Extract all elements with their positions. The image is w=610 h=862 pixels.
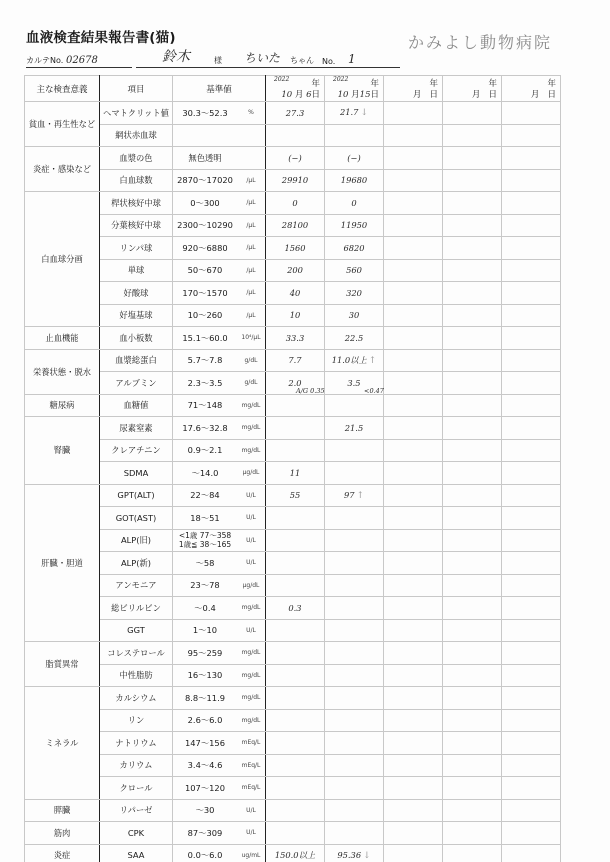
value-cell-date-1	[266, 574, 325, 597]
table-row: 白血球分画桿状核好中球0〜300/μL00	[25, 192, 561, 215]
value-cell-date-5	[502, 687, 561, 710]
item-cell: クレアチニン	[100, 439, 173, 462]
reference-cell: 0.0〜6.0	[173, 844, 238, 862]
item-cell: CPK	[100, 822, 173, 845]
unit-cell: mEq/L	[237, 732, 266, 755]
value-cell-date-3	[384, 214, 443, 237]
reference-cell: 2870〜17020	[173, 169, 238, 192]
value-cell-date-3	[384, 619, 443, 642]
value-cell-date-2: 11950	[325, 214, 384, 237]
table-row: 網状赤血球	[25, 124, 561, 147]
chart-label: カルテNo.	[26, 55, 63, 66]
table-row: 腎臓尿素窒素17.6〜32.8mg/dL21.5	[25, 417, 561, 440]
value-cell-date-2	[325, 124, 384, 147]
reference-cell	[173, 124, 238, 147]
value-cell-date-3	[384, 349, 443, 372]
value-cell-date-1: 200	[266, 259, 325, 282]
underline	[26, 67, 132, 68]
value-cell-date-3	[384, 709, 443, 732]
value-cell-date-1: 0	[266, 192, 325, 215]
reference-cell: 15.1〜60.0	[173, 327, 238, 350]
reference-cell: 0.9〜2.1	[173, 439, 238, 462]
category-cell: 脂質異常	[25, 642, 100, 687]
owner-name: 鈴木	[162, 46, 190, 66]
value-cell-date-5	[502, 372, 561, 395]
value-cell-date-3	[384, 529, 443, 552]
unit-cell: mEq/L	[237, 777, 266, 800]
value-cell-date-2	[325, 507, 384, 530]
reference-cell: 71〜148	[173, 394, 238, 417]
item-cell: 好酸球	[100, 282, 173, 305]
value-cell-date-1: 7.7	[266, 349, 325, 372]
table-row: 膵臓リパーゼ〜30U/L	[25, 799, 561, 822]
value-cell-date-3	[384, 169, 443, 192]
category-cell: 白血球分画	[25, 192, 100, 327]
value-cell-date-5	[502, 102, 561, 125]
value-cell-date-4	[443, 394, 502, 417]
reference-cell: 1〜10	[173, 619, 238, 642]
table-row: 単球50〜670/μL200560	[25, 259, 561, 282]
header-reference: 基準値	[173, 76, 266, 102]
value-cell-date-1	[266, 619, 325, 642]
category-cell: 糖尿病	[25, 394, 100, 417]
reference-cell: 〜58	[173, 552, 238, 575]
item-cell: SAA	[100, 844, 173, 862]
value-cell-date-1: 33.3	[266, 327, 325, 350]
table-row: 糖尿病血糖値71〜148mg/dL	[25, 394, 561, 417]
arrow-down-icon: ↓	[360, 108, 368, 118]
item-cell: コレステロール	[100, 642, 173, 665]
table-row: クロール107〜120mEq/L	[25, 777, 561, 800]
value-cell-date-4	[443, 214, 502, 237]
value-cell-date-5	[502, 169, 561, 192]
value-cell-date-5	[502, 777, 561, 800]
value-cell-date-5	[502, 597, 561, 620]
unit-cell: mg/dL	[237, 417, 266, 440]
value-cell-date-5	[502, 642, 561, 665]
value-cell-date-1	[266, 822, 325, 845]
reference-cell: 無色透明	[173, 147, 238, 170]
value-cell-date-2	[325, 777, 384, 800]
unit-cell: 10⁴/μL	[237, 327, 266, 350]
unit-cell: mg/dL	[237, 709, 266, 732]
value-cell-date-3	[384, 642, 443, 665]
value-cell-date-4	[443, 574, 502, 597]
table-row: ALP(旧)<1歳 77〜3581歳≦ 38〜165U/L	[25, 529, 561, 552]
blood-test-table: 主な検査意義 項目 基準値 2022年10 月 6日 2022年10 月15日 …	[24, 75, 561, 862]
value-cell-date-4	[443, 304, 502, 327]
reference-cell: <1歳 77〜3581歳≦ 38〜165	[173, 529, 238, 552]
value-cell-date-4	[443, 844, 502, 862]
value-cell-date-5	[502, 147, 561, 170]
category-cell: 貧血・再生性など	[25, 102, 100, 147]
no-value: 1	[348, 52, 356, 66]
value-cell-date-2	[325, 394, 384, 417]
unit-cell: /μL	[237, 169, 266, 192]
value-cell-date-5	[502, 192, 561, 215]
item-cell: 桿状核好中球	[100, 192, 173, 215]
unit-cell: U/L	[237, 822, 266, 845]
value-cell-date-5	[502, 349, 561, 372]
unit-cell: mg/dL	[237, 597, 266, 620]
value-cell-date-3	[384, 507, 443, 530]
table-row: 好塩基球10〜260/μL1030	[25, 304, 561, 327]
value-cell-date-3	[384, 484, 443, 507]
unit-cell: mg/dL	[237, 394, 266, 417]
date-column-1: 2022年10 月 6日	[266, 76, 325, 102]
reference-cell: 〜14.0	[173, 462, 238, 485]
value-cell-date-2: 30	[325, 304, 384, 327]
value-cell-date-2	[325, 754, 384, 777]
reference-cell: 5.7〜7.8	[173, 349, 238, 372]
value-cell-date-1: 55	[266, 484, 325, 507]
value-cell-date-4	[443, 462, 502, 485]
value-cell-date-3	[384, 439, 443, 462]
value-cell-date-4	[443, 619, 502, 642]
value-cell-date-1	[266, 732, 325, 755]
value-cell-date-1: 150.0以上	[266, 844, 325, 862]
table-row: アンモニア23〜78μg/dL	[25, 574, 561, 597]
value-cell-date-5	[502, 237, 561, 260]
value-cell-date-3	[384, 822, 443, 845]
value-cell-date-2: 22.5	[325, 327, 384, 350]
table-row: 貧血・再生性などヘマトクリット値30.3〜52.3%27.321.7↓	[25, 102, 561, 125]
value-cell-date-1: 0.3	[266, 597, 325, 620]
table-row: 分葉核好中球2300〜10290/μL2810011950	[25, 214, 561, 237]
value-cell-date-1	[266, 552, 325, 575]
unit-cell	[237, 124, 266, 147]
reference-cell: 3.4〜4.6	[173, 754, 238, 777]
value-cell-date-1: 40	[266, 282, 325, 305]
value-cell-date-2: 320	[325, 282, 384, 305]
reference-cell: 10〜260	[173, 304, 238, 327]
owner-suffix: 様	[214, 55, 222, 66]
value-cell-date-3	[384, 799, 443, 822]
table-row: 炎症SAA0.0〜6.0ug/mL150.0以上95.36↓	[25, 844, 561, 862]
unit-cell: U/L	[237, 529, 266, 552]
category-cell: ミネラル	[25, 687, 100, 800]
value-cell-date-2	[325, 574, 384, 597]
reference-cell: 8.8〜11.9	[173, 687, 238, 710]
header-row: 主な検査意義 項目 基準値 2022年10 月 6日 2022年10 月15日 …	[25, 76, 561, 102]
value-cell-date-5	[502, 327, 561, 350]
value-cell-date-2: 19680	[325, 169, 384, 192]
value-cell-date-3	[384, 754, 443, 777]
value-cell-date-5	[502, 664, 561, 687]
value-cell-date-1	[266, 687, 325, 710]
item-cell: SDMA	[100, 462, 173, 485]
value-cell-date-5	[502, 507, 561, 530]
value-cell-date-5	[502, 619, 561, 642]
unit-cell: mg/dL	[237, 642, 266, 665]
reference-cell: 23〜78	[173, 574, 238, 597]
item-cell: ヘマトクリット値	[100, 102, 173, 125]
date-column-4: 年月 日	[443, 76, 502, 102]
value-cell-date-2	[325, 619, 384, 642]
item-cell: 好塩基球	[100, 304, 173, 327]
value-cell-date-4	[443, 529, 502, 552]
category-cell: 肝臓・胆道	[25, 484, 100, 642]
value-cell-date-1	[266, 777, 325, 800]
value-cell-date-5	[502, 214, 561, 237]
value-cell-date-1: 10	[266, 304, 325, 327]
document-title: 血液検査結果報告書(猫)	[26, 26, 176, 46]
unit-cell: U/L	[237, 799, 266, 822]
item-cell: GPT(ALT)	[100, 484, 173, 507]
value-cell-date-2	[325, 709, 384, 732]
value-cell-date-1: 1560	[266, 237, 325, 260]
category-cell: 炎症・感染など	[25, 147, 100, 192]
no-label: No.	[322, 57, 335, 66]
value-cell-date-2	[325, 799, 384, 822]
reference-cell: 170〜1570	[173, 282, 238, 305]
unit-cell: mg/dL	[237, 687, 266, 710]
value-cell-date-4	[443, 237, 502, 260]
value-cell-date-5	[502, 417, 561, 440]
table-row: 好酸球170〜1570/μL40320	[25, 282, 561, 305]
value-cell-date-1: 11	[266, 462, 325, 485]
reference-cell: 30.3〜52.3	[173, 102, 238, 125]
arrow-up-icon: ↑	[357, 491, 365, 501]
value-cell-date-1	[266, 799, 325, 822]
reference-cell: 16〜130	[173, 664, 238, 687]
value-cell-date-2: 21.5	[325, 417, 384, 440]
item-cell: 分葉核好中球	[100, 214, 173, 237]
table-row: SDMA〜14.0μg/dL11	[25, 462, 561, 485]
item-cell: 白血球数	[100, 169, 173, 192]
arrow-down-icon: ↓	[363, 851, 371, 861]
table-row: 肝臓・胆道GPT(ALT)22〜84U/L5597↑	[25, 484, 561, 507]
value-cell-date-5	[502, 529, 561, 552]
value-cell-date-3	[384, 462, 443, 485]
value-cell-date-4	[443, 777, 502, 800]
value-cell-date-2	[325, 462, 384, 485]
value-cell-date-4	[443, 664, 502, 687]
table-row: カリウム3.4〜4.6mEq/L	[25, 754, 561, 777]
unit-cell: %	[237, 102, 266, 125]
item-cell: 血糖値	[100, 394, 173, 417]
value-cell-date-3	[384, 192, 443, 215]
item-cell: 血漿の色	[100, 147, 173, 170]
value-cell-date-5	[502, 844, 561, 862]
value-cell-date-4	[443, 484, 502, 507]
category-cell: 筋肉	[25, 822, 100, 845]
value-cell-date-4	[443, 642, 502, 665]
value-cell-date-2	[325, 552, 384, 575]
reference-cell: 87〜309	[173, 822, 238, 845]
item-cell: GOT(AST)	[100, 507, 173, 530]
value-cell-date-1: 27.3	[266, 102, 325, 125]
value-cell-date-4	[443, 507, 502, 530]
item-cell: クロール	[100, 777, 173, 800]
value-cell-date-4	[443, 282, 502, 305]
reference-cell: 22〜84	[173, 484, 238, 507]
value-cell-date-1	[266, 394, 325, 417]
item-cell: ナトリウム	[100, 732, 173, 755]
pet-name: ちいた	[244, 49, 280, 66]
value-cell-date-4	[443, 732, 502, 755]
unit-cell: g/dL	[237, 372, 266, 395]
value-cell-date-4	[443, 372, 502, 395]
value-cell-date-3	[384, 259, 443, 282]
header-item: 項目	[100, 76, 173, 102]
value-cell-date-5	[502, 754, 561, 777]
unit-cell: g/dL	[237, 349, 266, 372]
value-cell-date-3	[384, 574, 443, 597]
table-row: GOT(AST)18〜51U/L	[25, 507, 561, 530]
underline	[136, 67, 400, 68]
value-cell-date-5	[502, 282, 561, 305]
value-cell-date-2	[325, 687, 384, 710]
value-cell-date-3	[384, 282, 443, 305]
value-cell-date-5	[502, 574, 561, 597]
item-cell: カルシウム	[100, 687, 173, 710]
unit-cell: U/L	[237, 619, 266, 642]
value-cell-date-4	[443, 687, 502, 710]
ag-ratio-note-1: A/G 0.35	[296, 387, 325, 395]
item-cell: リンパ球	[100, 237, 173, 260]
item-cell: 尿素窒素	[100, 417, 173, 440]
value-cell-date-3	[384, 372, 443, 395]
table-row: ナトリウム147〜156mEq/L	[25, 732, 561, 755]
value-cell-date-2	[325, 529, 384, 552]
value-cell-date-2	[325, 822, 384, 845]
value-cell-date-2	[325, 439, 384, 462]
value-cell-date-2: (−)	[325, 147, 384, 170]
value-cell-date-3	[384, 687, 443, 710]
unit-cell: U/L	[237, 484, 266, 507]
unit-cell: /μL	[237, 259, 266, 282]
item-cell: リン	[100, 709, 173, 732]
value-cell-date-5	[502, 732, 561, 755]
unit-cell: /μL	[237, 214, 266, 237]
value-cell-date-2	[325, 732, 384, 755]
table-row: GGT1〜10U/L	[25, 619, 561, 642]
reference-cell: 107〜120	[173, 777, 238, 800]
value-cell-date-4	[443, 709, 502, 732]
table-row: 筋肉CPK87〜309U/L	[25, 822, 561, 845]
reference-cell: 〜0.4	[173, 597, 238, 620]
value-cell-date-2	[325, 597, 384, 620]
category-cell: 栄養状態・脱水	[25, 349, 100, 394]
reference-cell: 0〜300	[173, 192, 238, 215]
value-cell-date-4	[443, 327, 502, 350]
value-cell-date-5	[502, 799, 561, 822]
item-cell: 単球	[100, 259, 173, 282]
reference-cell: 18〜51	[173, 507, 238, 530]
table-row: アルブミン2.3〜3.5g/dL2.03.5	[25, 372, 561, 395]
value-cell-date-3	[384, 394, 443, 417]
unit-cell: mEq/L	[237, 754, 266, 777]
clinic-name: かみよし動物病院	[408, 30, 552, 53]
value-cell-date-4	[443, 102, 502, 125]
value-cell-date-4	[443, 754, 502, 777]
value-cell-date-2: 97↑	[325, 484, 384, 507]
category-cell: 膵臓	[25, 799, 100, 822]
value-cell-date-2: 0	[325, 192, 384, 215]
item-cell: 中性脂肪	[100, 664, 173, 687]
reference-cell: 17.6〜32.8	[173, 417, 238, 440]
value-cell-date-5	[502, 394, 561, 417]
item-cell: アンモニア	[100, 574, 173, 597]
unit-cell: U/L	[237, 507, 266, 530]
value-cell-date-4	[443, 147, 502, 170]
reference-cell: 95〜259	[173, 642, 238, 665]
value-cell-date-2: 6820	[325, 237, 384, 260]
value-cell-date-3	[384, 147, 443, 170]
value-cell-date-3	[384, 237, 443, 260]
unit-cell: /μL	[237, 282, 266, 305]
reference-cell: 147〜156	[173, 732, 238, 755]
value-cell-date-5	[502, 462, 561, 485]
item-cell: 総ビリルビン	[100, 597, 173, 620]
unit-cell: μg/dL	[237, 574, 266, 597]
value-cell-date-4	[443, 192, 502, 215]
value-cell-date-1	[266, 417, 325, 440]
value-cell-date-4	[443, 417, 502, 440]
value-cell-date-1	[266, 124, 325, 147]
date-column-3: 年月 日	[384, 76, 443, 102]
unit-cell: /μL	[237, 237, 266, 260]
table-row: リン2.6〜6.0mg/dL	[25, 709, 561, 732]
item-cell: 血小板数	[100, 327, 173, 350]
value-cell-date-3	[384, 597, 443, 620]
reference-cell: 920〜6880	[173, 237, 238, 260]
value-cell-date-4	[443, 349, 502, 372]
value-cell-date-1: (−)	[266, 147, 325, 170]
value-cell-date-1	[266, 642, 325, 665]
value-cell-date-1	[266, 754, 325, 777]
patient-info: カルテNo. 02678 鈴木 様 ちいた ちゃん No. 1	[26, 50, 400, 68]
value-cell-date-5	[502, 439, 561, 462]
unit-cell: mg/dL	[237, 439, 266, 462]
unit-cell: /μL	[237, 192, 266, 215]
unit-cell: ug/mL	[237, 844, 266, 862]
value-cell-date-3	[384, 304, 443, 327]
pet-suffix: ちゃん	[290, 55, 314, 66]
table-row: ミネラルカルシウム8.8〜11.9mg/dL	[25, 687, 561, 710]
item-cell: ALP(旧)	[100, 529, 173, 552]
category-cell: 腎臓	[25, 417, 100, 485]
value-cell-date-3	[384, 327, 443, 350]
table-row: 白血球数2870〜17020/μL2991019680	[25, 169, 561, 192]
value-cell-date-3	[384, 124, 443, 147]
table-row: 栄養状態・脱水血漿総蛋白5.7〜7.8g/dL7.711.0以上↑	[25, 349, 561, 372]
item-cell: アルブミン	[100, 372, 173, 395]
chart-number: 02678	[66, 55, 98, 66]
reference-cell: 2.3〜3.5	[173, 372, 238, 395]
value-cell-date-2: 95.36↓	[325, 844, 384, 862]
value-cell-date-3	[384, 417, 443, 440]
unit-cell: /μL	[237, 304, 266, 327]
value-cell-date-4	[443, 124, 502, 147]
table-row: リンパ球920〜6880/μL15606820	[25, 237, 561, 260]
value-cell-date-2: 11.0以上↑	[325, 349, 384, 372]
unit-cell: U/L	[237, 552, 266, 575]
value-cell-date-3	[384, 732, 443, 755]
date-column-5: 年月 日	[502, 76, 561, 102]
value-cell-date-5	[502, 822, 561, 845]
reference-cell: 〜30	[173, 799, 238, 822]
value-cell-date-2	[325, 642, 384, 665]
value-cell-date-1	[266, 709, 325, 732]
value-cell-date-4	[443, 169, 502, 192]
item-cell: 血漿総蛋白	[100, 349, 173, 372]
item-cell: カリウム	[100, 754, 173, 777]
value-cell-date-5	[502, 259, 561, 282]
value-cell-date-5	[502, 124, 561, 147]
value-cell-date-4	[443, 259, 502, 282]
